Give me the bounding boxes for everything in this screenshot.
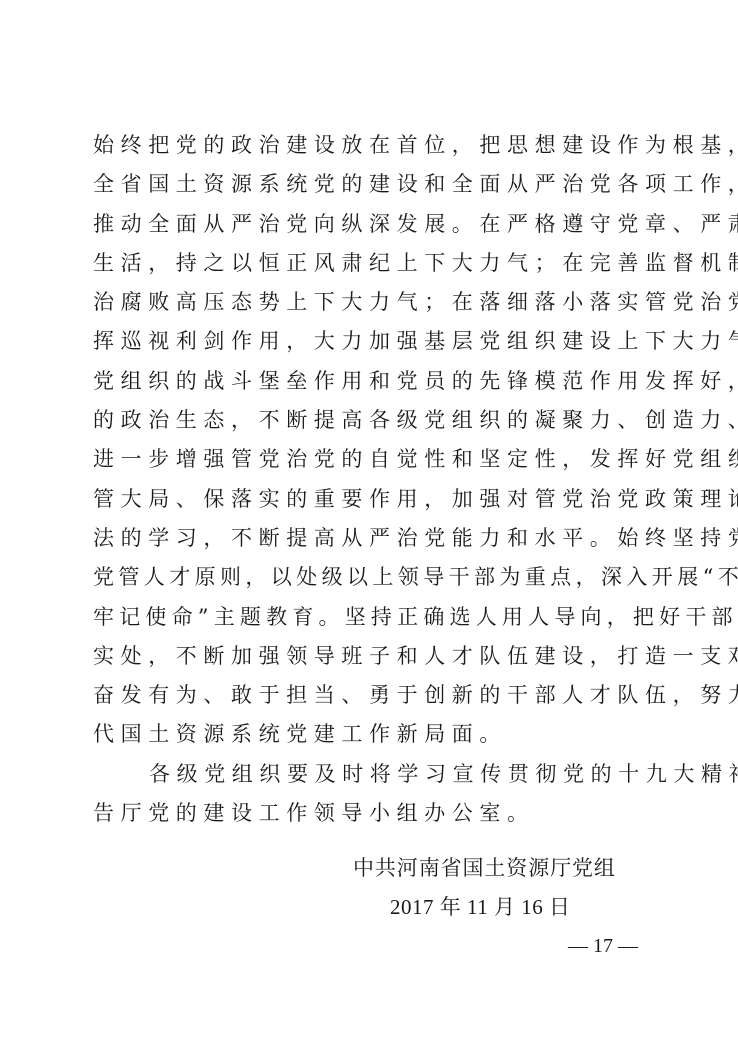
body-line: 实处，不断加强领导班子和人才队伍建设，打造一支对党忠诚、 xyxy=(93,640,653,679)
body-line: 代国土资源系统党建工作新局面。 xyxy=(93,718,653,757)
body-line: 党管人才原则，以处级以上领导干部为重点，深入开展“不忘初心、 xyxy=(93,561,653,600)
body-line: 管大局、保落实的重要作用，加强对管党治党政策理论和工作方 xyxy=(93,483,653,522)
body-text: 始终把党的政治建设放在首位，把思想建设作为根基，系统谋划 全省国土资源系统党的建… xyxy=(93,129,653,836)
body-line: 全省国土资源系统党的建设和全面从严治党各项工作，坚定不移 xyxy=(93,168,653,207)
body-line: 挥巡视利剑作用，大力加强基层党组织建设上下大力气，切实把 xyxy=(93,325,653,364)
body-line: 进一步增强管党治党的自觉性和坚定性，发挥好党组织把方向、 xyxy=(93,443,653,482)
body-line: 生活，持之以恒正风肃纪上下大力气；在完善监督机制，保持惩 xyxy=(93,247,653,286)
body-line: 党组织的战斗堡垒作用和党员的先锋模范作用发挥好，营造良好 xyxy=(93,365,653,404)
issuer-signature: 中共河南省国土资源厅党组 xyxy=(353,852,616,882)
document-page: 始终把党的政治建设放在首位，把思想建设作为根基，系统谋划 全省国土资源系统党的建… xyxy=(0,0,738,1048)
body-line: 奋发有为、敢于担当、勇于创新的干部人才队伍，努力开创新时 xyxy=(93,679,653,718)
body-line: 推动全面从严治党向纵深发展。在严格遵守党章、严肃党内政治 xyxy=(93,208,653,247)
body-line: 牢记使命”主题教育。坚持正确选人用人导向，把好干部标准落到 xyxy=(93,601,653,640)
paragraph-first-line: 各级党组织要及时将学习宣传贯彻党的十九大精神情况报 xyxy=(93,758,653,797)
body-line: 的政治生态，不断提高各级党组织的凝聚力、创造力、战斗力。 xyxy=(93,404,653,443)
page-number: — 17 — xyxy=(568,935,638,958)
body-line: 治腐败高压态势上下大力气；在落细落小落实管党治党责任，发 xyxy=(93,286,653,325)
body-line: 告厅党的建设工作领导小组办公室。 xyxy=(93,797,653,836)
body-line: 始终把党的政治建设放在首位，把思想建设作为根基，系统谋划 xyxy=(93,129,653,168)
issue-date: 2017 年 11 月 16 日 xyxy=(390,891,570,921)
body-line: 法的学习，不断提高从严治党能力和水平。始终坚持党管干部、 xyxy=(93,522,653,561)
